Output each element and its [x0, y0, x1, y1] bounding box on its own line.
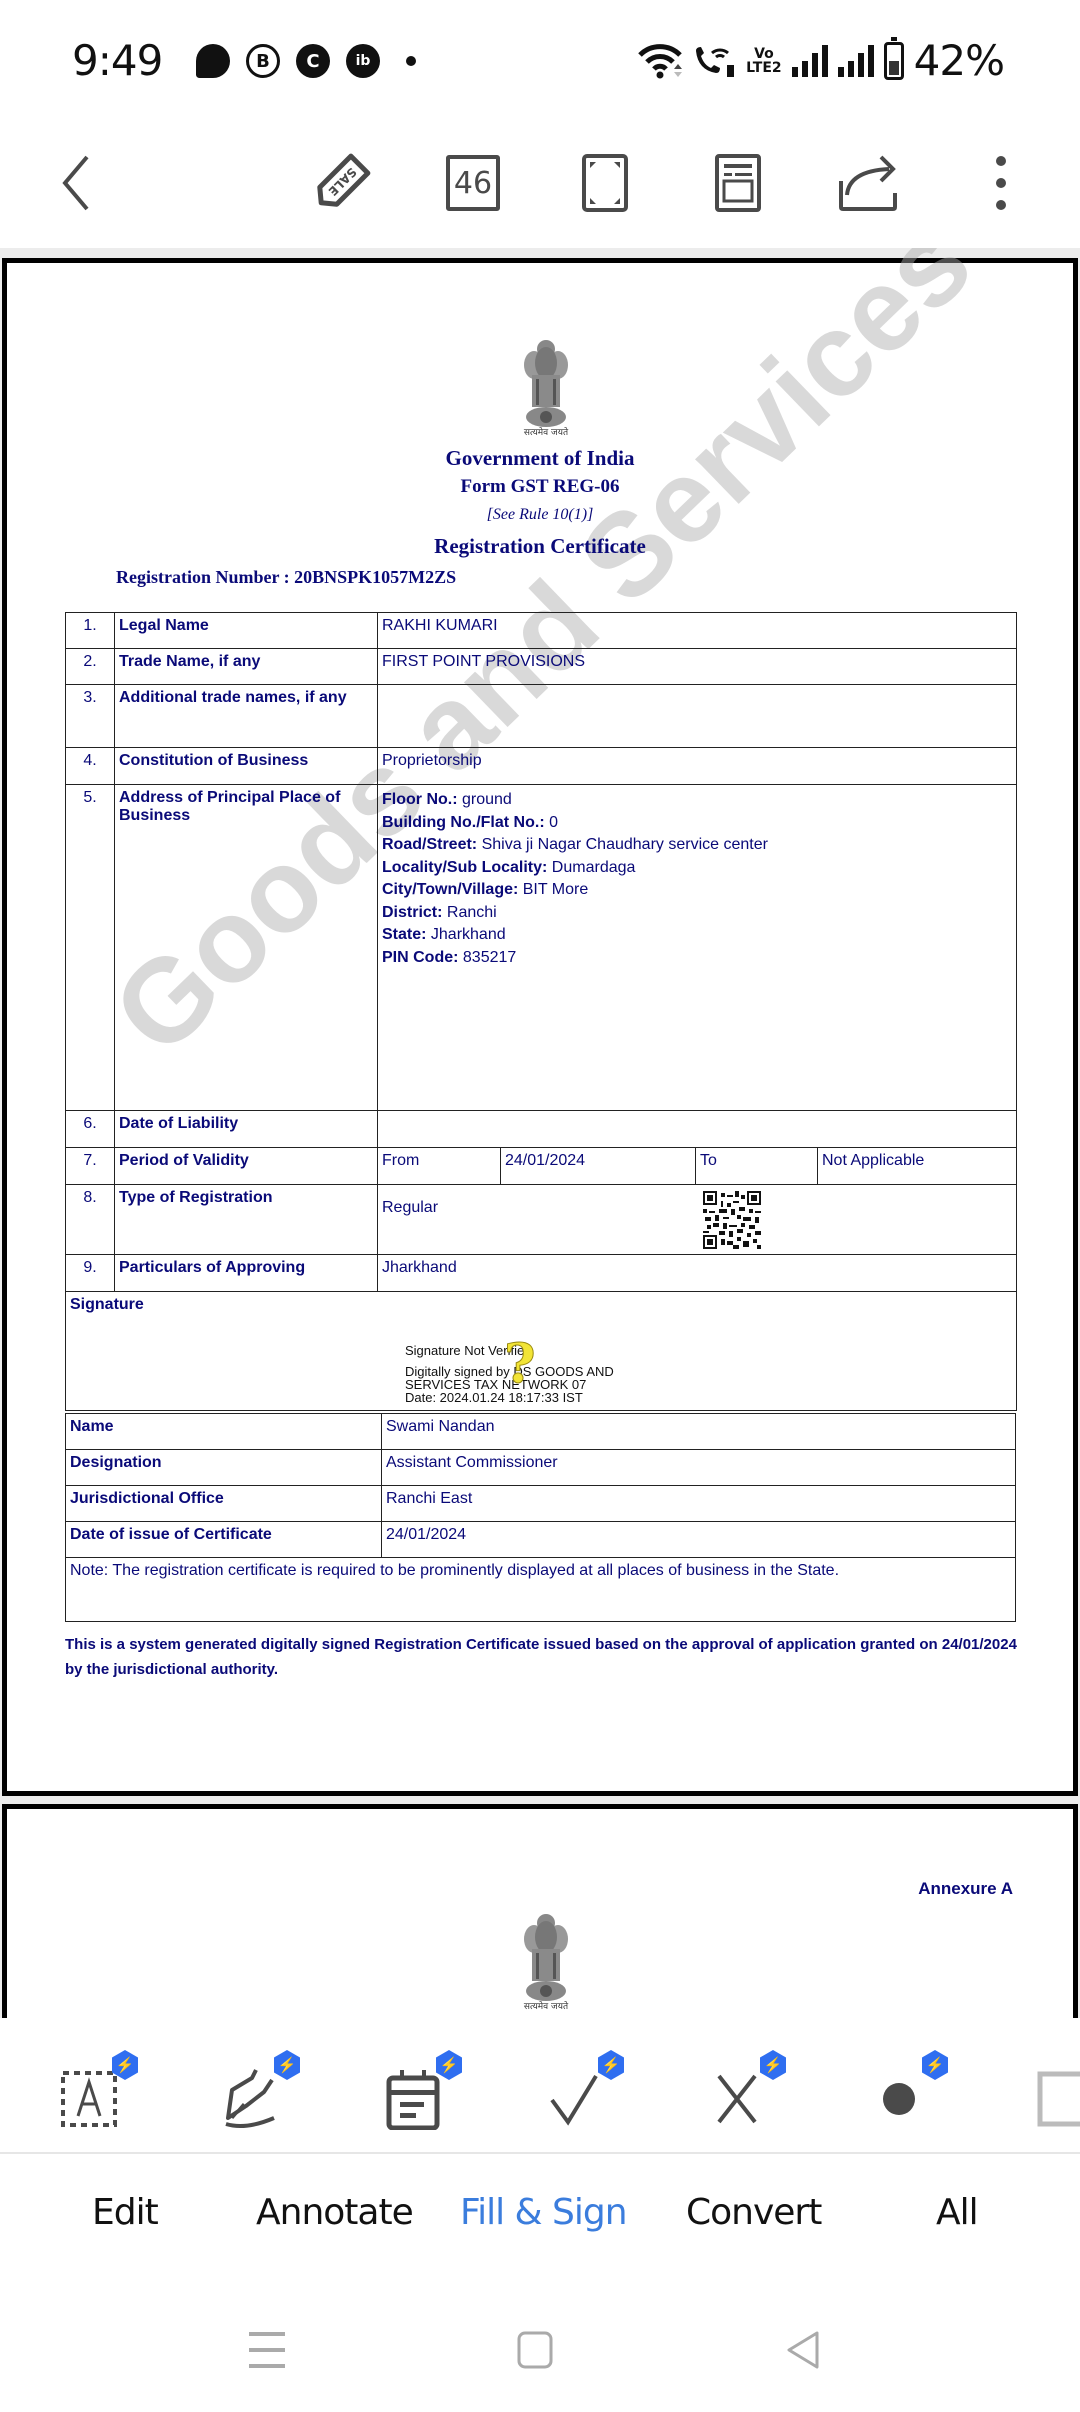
registration-details-table: 1. Legal Name RAKHI KUMARI 2. Trade Name… — [65, 612, 1017, 1411]
share-button[interactable] — [834, 148, 904, 218]
table-row: 3. Additional trade names, if any — [66, 685, 1017, 748]
date-of-issue-value: 24/01/2024 — [382, 1522, 1016, 1558]
wifi-calling-icon — [692, 43, 736, 79]
date-of-liability-value — [378, 1111, 1017, 1148]
battery-icon — [884, 42, 904, 80]
signal-sim1-icon — [792, 45, 828, 77]
notification-icons: B C ib — [196, 44, 416, 78]
home-icon — [515, 2330, 555, 2370]
ib-icon: ib — [346, 44, 380, 78]
battery-level — [889, 61, 899, 74]
page-layout-icon — [714, 153, 762, 213]
back-button[interactable] — [42, 148, 112, 218]
premium-badge-icon: ⚡ — [922, 2050, 948, 2080]
approving-particulars-value: Jharkhand — [378, 1255, 1017, 1292]
recent-apps-button[interactable] — [237, 2320, 297, 2380]
validity-to-label: To — [696, 1148, 818, 1185]
tab-all[interactable]: All — [936, 2192, 978, 2233]
date-tool[interactable]: ⚡ — [378, 2064, 448, 2134]
address-district: District: Ranchi — [382, 902, 1012, 925]
table-row: 1. Legal Name RAKHI KUMARI — [66, 613, 1017, 649]
premium-badge-icon: ⚡ — [760, 2050, 786, 2080]
table-row: 9. Particulars of Approving Jharkhand — [66, 1255, 1017, 1292]
system-icons: Vo LTE2 42% — [638, 36, 1004, 85]
back-triangle-icon — [783, 2330, 823, 2370]
dot-tool[interactable]: ⚡ — [864, 2064, 934, 2134]
system-generated-note: This is a system generated digitally sig… — [65, 1632, 1025, 1682]
title-rule: [See Rule 10(1)] — [7, 506, 1073, 524]
address-city: City/Town/Village: BIT More — [382, 879, 1012, 902]
question-mark-icon[interactable]: ? — [504, 1336, 536, 1390]
emblem-caption: सत्यमेव जयते — [496, 1999, 596, 2012]
document-page-1[interactable]: Goods and Services Tax सत्यमेव जयते Gove… — [2, 258, 1078, 1796]
page-number-button[interactable]: 46 — [438, 148, 508, 218]
table-row: 5. Address of Principal Place of Busines… — [66, 785, 1017, 1111]
emblem-caption: सत्यमेव जयते — [496, 425, 596, 438]
cross-icon — [713, 2072, 761, 2126]
tab-convert[interactable]: Convert — [686, 2192, 821, 2233]
national-emblem-icon — [514, 1909, 578, 2009]
chat-bubble-icon — [196, 44, 230, 78]
status-bar: 9:49 B C ib Vo LTE2 — [0, 0, 1080, 120]
table-row: Jurisdictional Office Ranchi East — [66, 1486, 1016, 1522]
cross-tool[interactable]: ⚡ — [702, 2064, 772, 2134]
table-row: 8. Type of Registration Regular — [66, 1185, 1017, 1255]
qr-code-icon[interactable] — [703, 1191, 761, 1249]
date-icon — [386, 2068, 440, 2130]
share-icon — [837, 151, 901, 215]
table-row: 6. Date of Liability — [66, 1111, 1017, 1148]
checkmark-icon — [548, 2072, 602, 2126]
address-pin: PIN Code: 835217 — [382, 947, 1012, 970]
mode-tabs: Edit Annotate Fill & Sign Convert All — [0, 2156, 1080, 2280]
app-toolbar: SALE 46 — [0, 120, 1080, 248]
table-row: Name Swami Nandan — [66, 1414, 1016, 1450]
address-state: State: Jharkhand — [382, 924, 1012, 947]
table-row: 4. Constitution of Business Proprietorsh… — [66, 748, 1017, 785]
title-government: Government of India — [7, 446, 1073, 471]
more-vertical-icon — [991, 153, 1011, 213]
registration-type-value: Regular — [382, 1199, 1012, 1217]
address-building: Building No./Flat No.: 0 — [382, 812, 1012, 835]
validity-from-label: From — [378, 1148, 501, 1185]
trade-name-value: FIRST POINT PROVISIONS — [378, 649, 1017, 685]
constitution-value: Proprietorship — [378, 748, 1017, 785]
page-number: 46 — [446, 155, 500, 211]
text-box-tool[interactable]: ⚡ — [54, 2064, 124, 2134]
note-row: Note: The registration certificate is re… — [66, 1558, 1016, 1622]
national-emblem-icon — [514, 335, 578, 435]
signature-tool[interactable]: ⚡ — [216, 2064, 286, 2134]
address-road: Road/Street: Shiva ji Nagar Chaudhary se… — [382, 834, 1012, 857]
fit-screen-button[interactable] — [570, 148, 640, 218]
wifi-icon — [638, 43, 682, 79]
more-options-button[interactable] — [966, 148, 1036, 218]
officer-details-table: Name Swami Nandan Designation Assistant … — [65, 1413, 1016, 1622]
rectangle-icon — [1036, 2071, 1080, 2127]
battery-percent: 42% — [914, 36, 1004, 85]
note-text: Note: The registration certificate is re… — [66, 1558, 1016, 1622]
system-back-button[interactable] — [773, 2320, 833, 2380]
designation-value: Assistant Commissioner — [382, 1450, 1016, 1486]
tab-fill-and-sign[interactable]: Fill & Sign — [460, 2192, 627, 2233]
b-icon: B — [246, 44, 280, 78]
status-time: 9:49 — [72, 36, 162, 85]
signature-pen-icon — [222, 2068, 280, 2130]
table-row: 7. Period of Validity From 24/01/2024 To… — [66, 1148, 1017, 1185]
dot-icon — [881, 2081, 917, 2117]
tab-edit[interactable]: Edit — [92, 2192, 158, 2233]
address-locality: Locality/Sub Locality: Dumardaga — [382, 857, 1012, 880]
checkmark-tool[interactable]: ⚡ — [540, 2064, 610, 2134]
fill-sign-tools: ⚡ ⚡ ⚡ ⚡ ⚡ ⚡ — [0, 2018, 1080, 2154]
legal-name-value: RAKHI KUMARI — [378, 613, 1017, 649]
address-value: Floor No.: ground Building No./Flat No.:… — [378, 785, 1017, 1111]
jurisdictional-office-value: Ranchi East — [382, 1486, 1016, 1522]
officer-name-value: Swami Nandan — [382, 1414, 1016, 1450]
page-layout-button[interactable] — [703, 148, 773, 218]
document-viewer[interactable]: Goods and Services Tax सत्यमेव जयते Gove… — [0, 248, 1080, 2018]
title-certificate: Registration Certificate — [7, 534, 1073, 559]
home-button[interactable] — [505, 2320, 565, 2380]
annexure-title: Annexure A — [918, 1879, 1013, 1899]
more-dot-icon — [406, 56, 416, 66]
sale-button[interactable]: SALE — [306, 148, 376, 218]
table-row: 2. Trade Name, if any FIRST POINT PROVIS… — [66, 649, 1017, 685]
registration-number: Registration Number : 20BNSPK1057M2ZS — [116, 567, 456, 588]
table-row: Designation Assistant Commissioner — [66, 1450, 1016, 1486]
sale-tag-icon: SALE — [309, 151, 373, 215]
recent-apps-icon — [247, 2330, 287, 2370]
fit-screen-icon — [581, 153, 629, 213]
validity-to-value: Not Applicable — [818, 1148, 1017, 1185]
text-box-icon — [60, 2070, 118, 2128]
volte-lte2-icon: Vo LTE2 — [746, 47, 781, 75]
chevron-left-icon — [57, 153, 97, 213]
validity-from-value: 24/01/2024 — [501, 1148, 696, 1185]
rectangle-tool[interactable] — [1036, 2064, 1080, 2134]
signal-sim2-icon — [838, 45, 874, 77]
table-row: Date of issue of Certificate 24/01/2024 — [66, 1522, 1016, 1558]
system-nav-bar — [0, 2280, 1080, 2412]
tab-annotate[interactable]: Annotate — [256, 2192, 413, 2233]
document-page-2[interactable]: Annexure A सत्यमेव जयते — [2, 1804, 1078, 2018]
c-icon: C — [296, 44, 330, 78]
title-form: Form GST REG-06 — [7, 476, 1073, 498]
address-floor: Floor No.: ground — [382, 789, 1012, 812]
additional-trade-names-value — [378, 685, 1017, 748]
